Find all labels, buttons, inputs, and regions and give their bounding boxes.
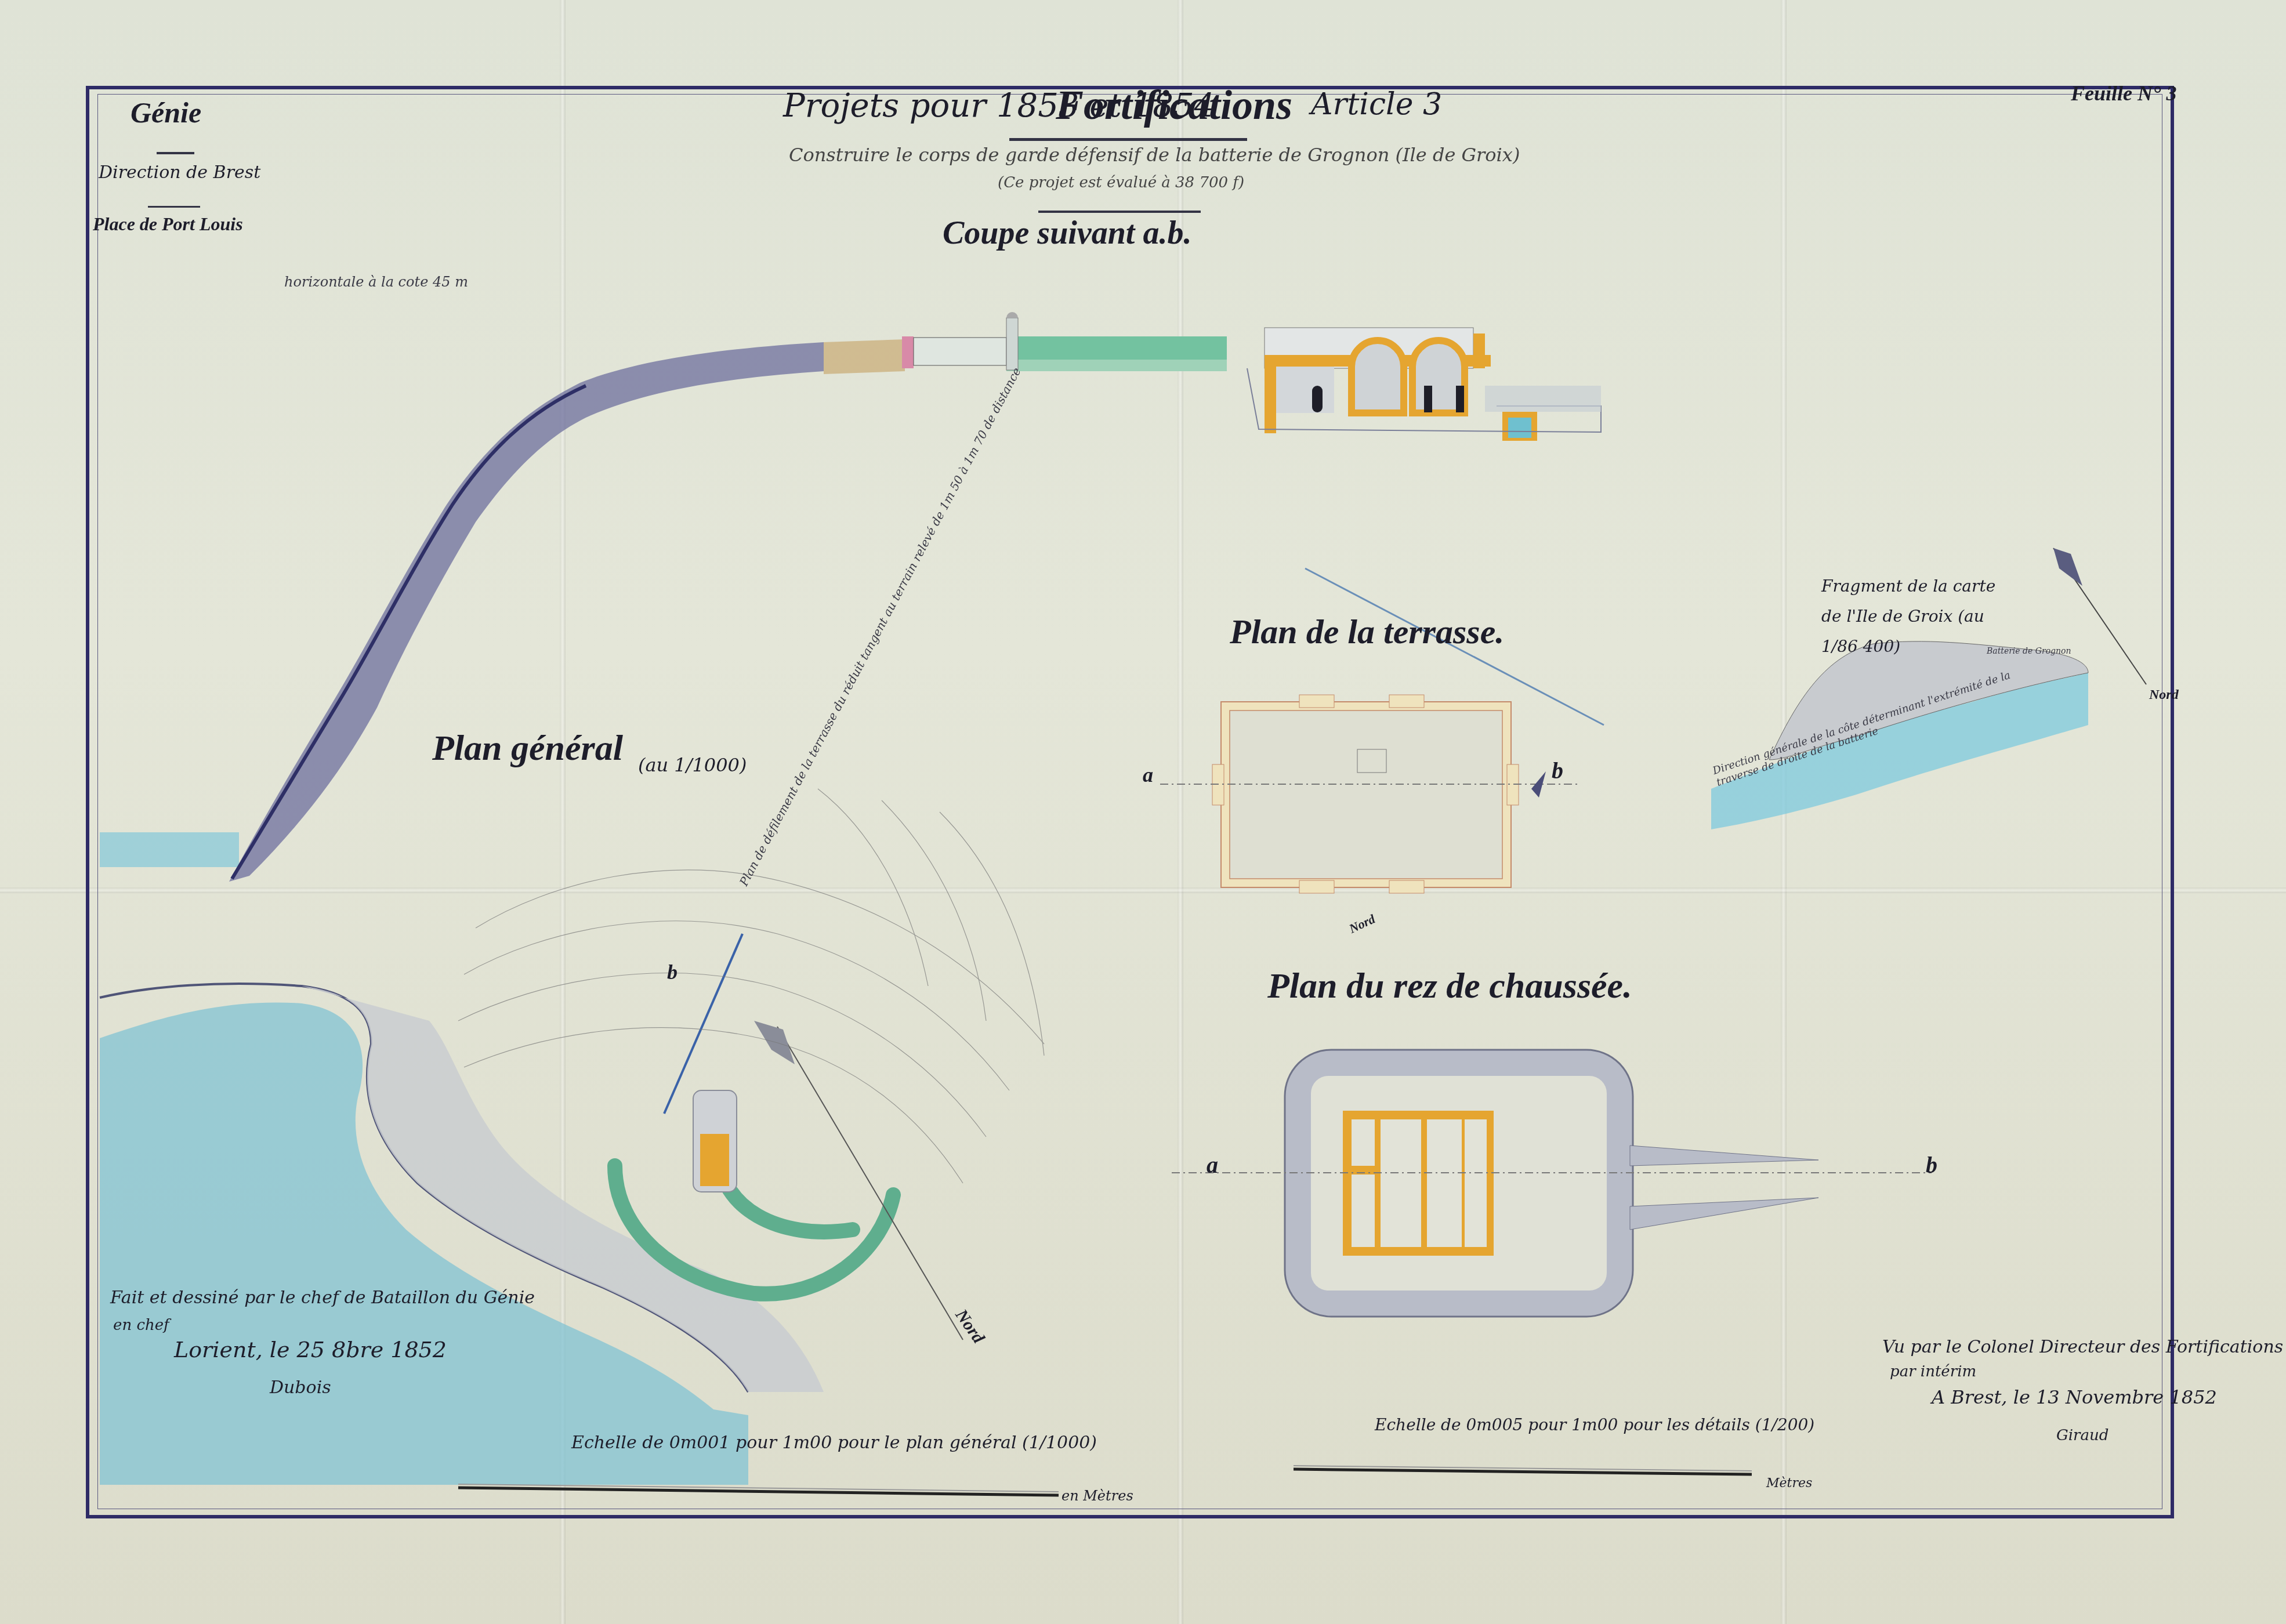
section-mark-b: b xyxy=(667,960,678,984)
ground-floor-plan xyxy=(1172,1050,1932,1317)
ground-floor-plan-title: Plan du rez de chaussée. xyxy=(1267,966,1632,1007)
general-plan-scale: (au 1/1000) xyxy=(638,754,747,776)
ground-mark-b: b xyxy=(1926,1151,1937,1179)
article-label: Article 3 xyxy=(1311,87,1442,122)
divider xyxy=(148,206,200,208)
corps-label: Génie xyxy=(131,96,201,129)
author-signature: Dubois xyxy=(270,1377,331,1398)
section-title: Coupe suivant a.b. xyxy=(943,215,1191,252)
divider xyxy=(1009,138,1247,141)
ground-mark-a: a xyxy=(1207,1151,1218,1179)
place-label: Place de Port Louis xyxy=(93,213,243,235)
direction-label: Direction de Brest xyxy=(99,162,260,183)
page-title: Fortifications xyxy=(1056,81,1292,129)
author-line: Fait et dessiné par le chef de Bataillon… xyxy=(110,1288,535,1308)
battery-label: Batterie de Grognon xyxy=(1987,647,2071,656)
terrace-mark-a: a xyxy=(1143,763,1153,787)
general-plan xyxy=(100,789,1044,1485)
details-scale-caption: Echelle de 0m005 pour 1m00 pour les déta… xyxy=(1375,1415,1814,1434)
author-line-2: en chef xyxy=(113,1317,169,1334)
scale-bar-details xyxy=(1294,1466,1752,1474)
divider xyxy=(1038,211,1201,213)
sheet-number: Feuille N° 3 xyxy=(2071,81,2176,106)
terrace-mark-b: b xyxy=(1552,757,1563,784)
horizon-note: horizontale à la cote 45 m xyxy=(284,274,468,290)
island-map-title: Fragment de la carte de l'Ile de Groix (… xyxy=(1821,571,2013,662)
terrace-plan-title: Plan de la terrasse. xyxy=(1230,612,1504,652)
general-scale-unit: en Mètres xyxy=(1062,1488,1133,1504)
scale-bar-general xyxy=(458,1484,1059,1495)
author-place-date: Lorient, le 25 8bre 1852 xyxy=(174,1337,447,1362)
divider xyxy=(157,152,194,154)
approval-place-date: A Brest, le 13 Novembre 1852 xyxy=(1932,1386,2217,1408)
island-north-label: Nord xyxy=(2149,687,2179,703)
general-scale-caption: Echelle de 0m001 pour 1m00 pour le plan … xyxy=(571,1433,1097,1453)
approval-line-2: par intérim xyxy=(1890,1363,1976,1380)
subtitle: Construire le corps de garde défensif de… xyxy=(789,144,1520,166)
guardhouse-section xyxy=(1247,328,1601,441)
general-plan-title: Plan général xyxy=(432,728,623,769)
approval-line: Vu par le Colonel Directeur des Fortific… xyxy=(1882,1337,2283,1357)
details-scale-unit: Mètres xyxy=(1766,1476,1812,1491)
approval-signature: Giraud xyxy=(2056,1427,2109,1444)
estimate-note: (Ce projet est évalué à 38 700 f) xyxy=(998,174,1244,191)
sea-profile xyxy=(100,832,239,867)
